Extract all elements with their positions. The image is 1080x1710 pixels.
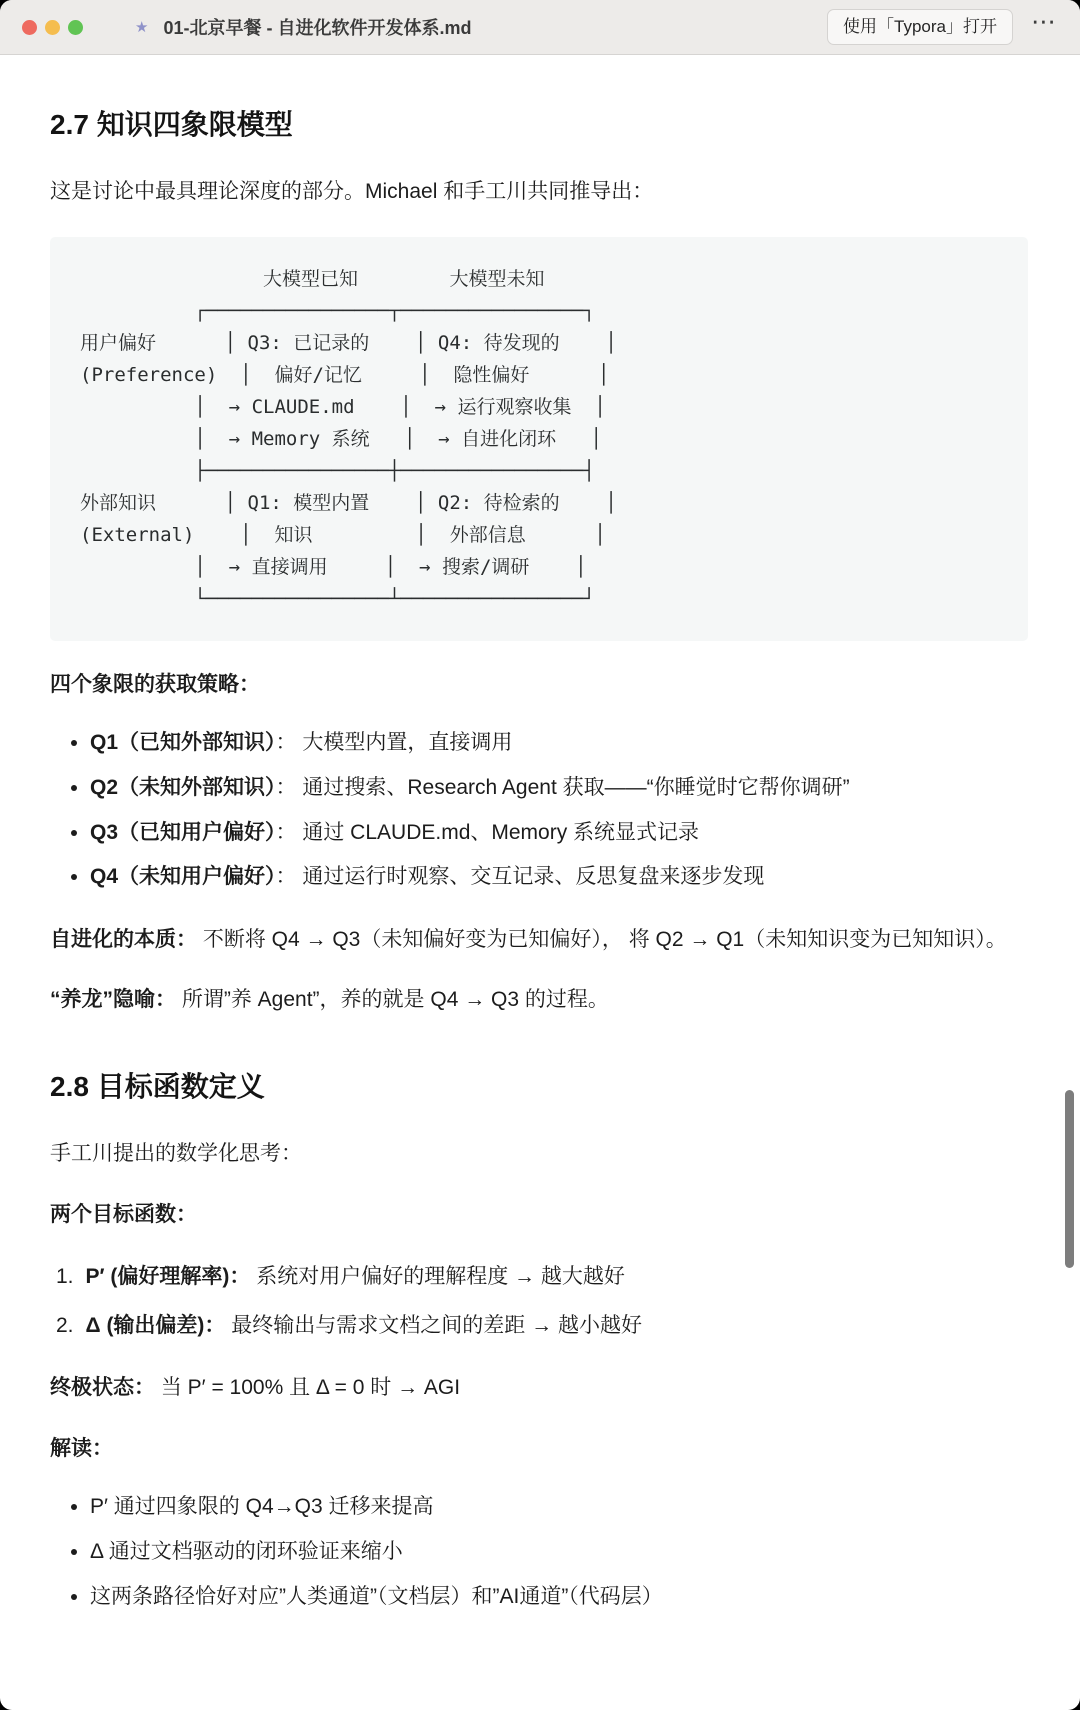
section-heading-2-8: 2.8 目标函数定义 xyxy=(50,1065,1028,1108)
two-objectives-label: 两个目标函数： xyxy=(50,1199,1028,1232)
window-title: 01-北京早餐 - 自进化软件开发体系.md xyxy=(163,14,471,40)
scrollbar-thumb[interactable] xyxy=(1065,1090,1074,1268)
objective-functions-list: 1.P′ (偏好理解率)： 系统对用户偏好的理解程度 → 越大越好 2.Δ (输… xyxy=(50,1261,1028,1342)
dragon-metaphor-paragraph: “养龙”隐喻： 所谓”养 Agent”，养的就是 Q4 → Q3 的过程。 xyxy=(50,984,1028,1017)
section-heading-2-7: 2.7 知识四象限模型 xyxy=(50,103,1028,146)
math-thinking-paragraph: 手工川提出的数学化思考： xyxy=(50,1138,1028,1171)
interpretation-list: P′ 通过四象限的 Q4→Q3 迁移来提高 Δ 通过文档驱动的闭环验证来缩小 这… xyxy=(50,1491,1028,1613)
list-item-p-prime: P′ 通过四象限的 Q4→Q3 迁移来提高 xyxy=(90,1491,1028,1524)
list-item-objective-1: 1.P′ (偏好理解率)： 系统对用户偏好的理解程度 → 越大越好 xyxy=(56,1261,1028,1294)
titlebar: ★ 01-北京早餐 - 自进化软件开发体系.md 使用「Typora」打开 ⋯ xyxy=(0,0,1080,55)
open-with-typora-button[interactable]: 使用「Typora」打开 xyxy=(827,9,1013,45)
list-item-q2: Q2（未知外部知识）： 通过搜索、Research Agent 获取——“你睡觉… xyxy=(90,772,1028,805)
interpretation-label: 解读： xyxy=(50,1433,1028,1466)
list-item-delta: Δ 通过文档驱动的闭环验证来缩小 xyxy=(90,1536,1028,1569)
list-item-q1: Q1（已知外部知识）： 大模型内置，直接调用 xyxy=(90,727,1028,760)
zoom-window-button[interactable] xyxy=(68,20,83,35)
quadrant-diagram-code-block: 大模型已知 大模型未知 ┌────────────────┬──────────… xyxy=(50,237,1028,641)
ultimate-state-paragraph: 终极状态： 当 P′ = 100% 且 Δ = 0 时 → AGI xyxy=(50,1372,1028,1405)
star-icon: ★ xyxy=(135,20,148,35)
strategy-label: 四个象限的获取策略： xyxy=(50,669,1028,702)
document-preview-window: ★ 01-北京早餐 - 自进化软件开发体系.md 使用「Typora」打开 ⋯ … xyxy=(0,0,1080,1710)
list-item-q3: Q3（已知用户偏好）： 通过 CLAUDE.md、Memory 系统显式记录 xyxy=(90,817,1028,850)
intro-paragraph: 这是讨论中最具理论深度的部分。Michael 和手工川共同推导出： xyxy=(50,176,1028,209)
more-options-button[interactable]: ⋯ xyxy=(1031,10,1060,43)
list-item-objective-2: 2.Δ (输出偏差)： 最终输出与需求文档之间的差距 → 越小越好 xyxy=(56,1310,1028,1343)
titlebar-actions: 使用「Typora」打开 ⋯ xyxy=(827,9,1060,45)
quadrant-strategy-list: Q1（已知外部知识）： 大模型内置，直接调用 Q2（未知外部知识）： 通过搜索、… xyxy=(50,727,1028,893)
list-item-two-paths: 这两条路径恰好对应”人类通道”（文档层）和”AI通道”（代码层） xyxy=(90,1581,1028,1614)
close-window-button[interactable] xyxy=(22,20,37,35)
document-content: 2.7 知识四象限模型 这是讨论中最具理论深度的部分。Michael 和手工川共… xyxy=(0,55,1080,1683)
list-item-q4: Q4（未知用户偏好）： 通过运行时观察、交互记录、反思复盘来逐步发现 xyxy=(90,861,1028,894)
evolution-essence-paragraph: 自进化的本质： 不断将 Q4 → Q3（未知偏好变为已知偏好）， 将 Q2 → … xyxy=(50,924,1028,957)
traffic-lights xyxy=(22,20,91,35)
minimize-window-button[interactable] xyxy=(45,20,60,35)
